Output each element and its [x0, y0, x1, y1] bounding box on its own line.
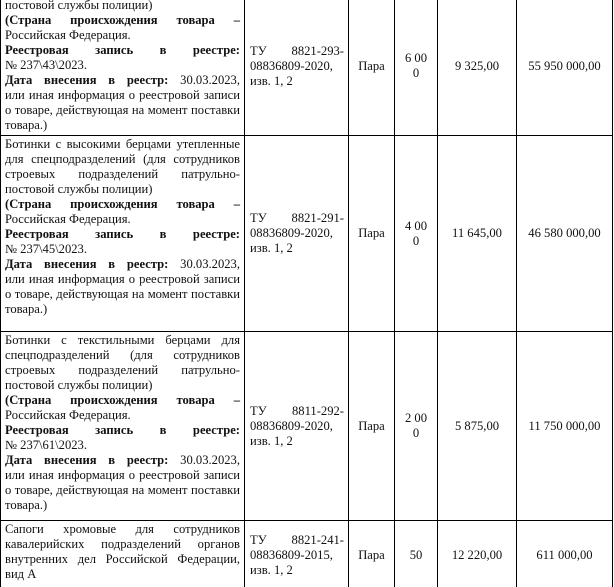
quantity-value: 50	[404, 548, 428, 563]
registry-value: № 237\61\2023.	[5, 438, 240, 453]
unit-price-cell: 12 220,00	[438, 521, 517, 587]
quantity-value: 4 000	[404, 219, 428, 249]
origin-value: Российская Федерация.	[5, 408, 240, 423]
quantity-value: 6 000	[404, 51, 428, 81]
unit-cell: Пара	[349, 136, 395, 332]
date-line: Дата внесения в реестр: 30.03.2023,	[5, 73, 240, 88]
registry-value: № 237\43\2023.	[5, 58, 240, 73]
item-name: Сапоги хромовые для сотрудников кавалери…	[5, 522, 240, 582]
origin-label: (Страна происхождения товара –	[5, 13, 240, 28]
item-description-cell: Сапоги хромовые для сотрудников кавалери…	[1, 521, 245, 587]
table-row: Сапоги хромовые для сотрудников кавалери…	[1, 521, 613, 587]
date-label: Дата внесения в реестр:	[5, 73, 168, 87]
date-value: 30.03.2023,	[180, 453, 240, 467]
unit-price-cell: 9 325,00	[438, 0, 517, 136]
total-cell: 55 950 000,00	[517, 0, 613, 136]
item-description-cell: Ботинки с текстильными берцами для спецп…	[1, 332, 245, 521]
quantity-cell: 6 000	[395, 0, 438, 136]
registry-label: Реестровая запись в реестре:	[5, 423, 240, 438]
goods-table: постовой службы полиции) (Страна происхо…	[0, 0, 613, 587]
unit-cell: Пара	[349, 0, 395, 136]
total-cell: 11 750 000,00	[517, 332, 613, 521]
date-value: 30.03.2023,	[180, 257, 240, 271]
item-name: постовой службы полиции)	[5, 0, 240, 13]
item-description-cell: постовой службы полиции) (Страна происхо…	[1, 0, 245, 136]
document-page: постовой службы полиции) (Страна происхо…	[0, 0, 613, 587]
registry-value: № 237\45\2023.	[5, 242, 240, 257]
registry-note: или иная информация о реестровой записи …	[5, 468, 240, 513]
item-name: Ботинки с текстильными берцами для спецп…	[5, 333, 240, 393]
origin-value: Российская Федерация.	[5, 28, 240, 43]
unit-cell: Пара	[349, 332, 395, 521]
table-row: Ботинки с текстильными берцами для спецп…	[1, 332, 613, 521]
item-name: Ботинки с высокими берцами утепленные дл…	[5, 137, 240, 197]
date-label: Дата внесения в реестр:	[5, 257, 168, 271]
unit-price-cell: 5 875,00	[438, 332, 517, 521]
registry-label: Реестровая запись в реестре:	[5, 43, 240, 58]
spec-cell: ТУ 8821-293-08836809-2020, изв. 1, 2	[245, 0, 349, 136]
quantity-cell: 2 000	[395, 332, 438, 521]
spec-cell: ТУ 8821-291-08836809-2020, изв. 1, 2	[245, 136, 349, 332]
origin-label: (Страна происхождения товара –	[5, 393, 240, 408]
quantity-cell: 50	[395, 521, 438, 587]
date-value: 30.03.2023,	[180, 73, 240, 87]
origin-value: Российская Федерация.	[5, 212, 240, 227]
item-description-cell: Ботинки с высокими берцами утепленные дл…	[1, 136, 245, 332]
spec-cell: ТУ 8821-241-08836809-2015, изв. 1, 2	[245, 521, 349, 587]
date-label: Дата внесения в реестр:	[5, 453, 168, 467]
quantity-value: 2 000	[404, 411, 428, 441]
total-cell: 611 000,00	[517, 521, 613, 587]
registry-note: или иная информация о реестровой записи …	[5, 272, 240, 317]
date-line: Дата внесения в реестр: 30.03.2023,	[5, 257, 240, 272]
date-line: Дата внесения в реестр: 30.03.2023,	[5, 453, 240, 468]
table-row: Ботинки с высокими берцами утепленные дл…	[1, 136, 613, 332]
spec-cell: ТУ 8811-292-08836809-2020, изв. 1, 2	[245, 332, 349, 521]
origin-label: (Страна происхождения товара –	[5, 197, 240, 212]
unit-price-cell: 11 645,00	[438, 136, 517, 332]
table-row: постовой службы полиции) (Страна происхо…	[1, 0, 613, 136]
total-cell: 46 580 000,00	[517, 136, 613, 332]
registry-label: Реестровая запись в реестре:	[5, 227, 240, 242]
registry-note: или иная информация о реестровой записи …	[5, 88, 240, 133]
quantity-cell: 4 000	[395, 136, 438, 332]
unit-cell: Пара	[349, 521, 395, 587]
